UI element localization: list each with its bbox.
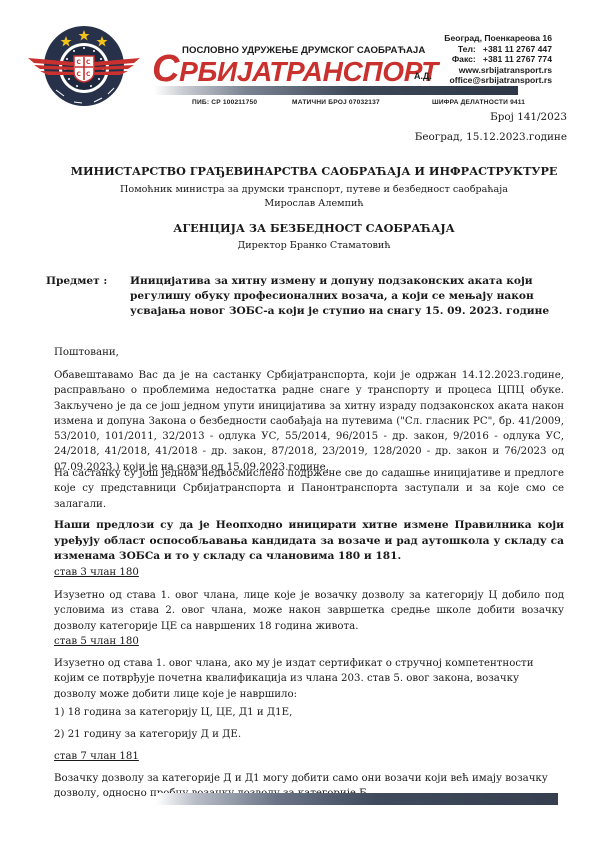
recipient-director: Директор Бранко Стаматовић	[8, 240, 612, 251]
list-item: 2) 21 годину за категорију Д и ДЕ.	[54, 727, 564, 742]
subject-label: Предмет :	[46, 274, 107, 289]
svg-text:С: С	[86, 71, 91, 78]
svg-text:С: С	[77, 71, 82, 78]
address: Београд, Поенкареова 16	[444, 33, 552, 44]
srbijatransport-emblem-icon: СС СС	[26, 24, 142, 108]
section-heading: став 5 члан 180	[54, 634, 564, 649]
document-date: Београд, 15.12.2023.године	[415, 131, 567, 143]
fax: Факс: +381 11 2767 774	[444, 54, 552, 65]
list-item: 1) 18 година за категорију Ц, ЦЕ, Д1 и Д…	[54, 705, 564, 720]
section-heading: став 3 члан 180	[54, 565, 564, 580]
recipient-assistant-title: Помоћник министра за друмски транспорт, …	[8, 184, 612, 195]
brand-wordmark: СРБИЈАТРАНСПОРТ	[152, 50, 438, 88]
phone: Тел: +381 11 2767 447	[444, 44, 552, 55]
email-link[interactable]: office@srbijatransport.rs	[444, 75, 552, 86]
recipient-agency: АГЕНЦИЈА ЗА БЕЗБЕДНОСТ САОБРАЋАЈА	[8, 221, 612, 235]
greeting: Поштовани,	[54, 345, 564, 360]
section-text: Изузетно од става 1. овог члана, ако му …	[54, 656, 564, 702]
subject-text: Иницијатива за хитну измену и допуну под…	[130, 274, 570, 319]
brand-initial: С	[152, 48, 179, 90]
brand-rest: РБИЈАТРАНСПОРТ	[179, 56, 438, 87]
activity-code: ШИФРА ДЕЛАТНОСТИ 9411	[432, 99, 525, 106]
contact-block: Београд, Поенкареова 16 Тел: +381 11 276…	[444, 33, 552, 86]
recipient-assistant-name: Мирослав Алемпић	[8, 198, 612, 209]
svg-text:С: С	[86, 59, 91, 66]
paragraph-meeting: Обавештавамо Вас да је на састанку Србиј…	[54, 368, 564, 475]
section-heading: став 7 члан 181	[54, 749, 564, 764]
brand-suffix: А.Д.	[414, 71, 432, 81]
footer-band	[156, 793, 558, 805]
header-band	[154, 86, 518, 95]
svg-text:С: С	[77, 59, 82, 66]
website-link[interactable]: www.srbijatransport.rs	[444, 65, 552, 76]
section-text: Изузетно од става 1. овог члана, лице ко…	[54, 588, 564, 634]
pib: ПИБ: СР 100211750	[192, 99, 257, 106]
registry-number: МАТИЧНИ БРОЈ 07032137	[292, 99, 380, 106]
document-number: Број 141/2023	[490, 111, 567, 123]
recipient-ministry: МИНИСТАРСТВО ГРАЂЕВИНАРСТВА САОБРАЋАЈА И…	[8, 164, 612, 178]
paragraph-support: На састанку су још једном недвосмислено …	[54, 466, 564, 512]
paragraph-proposal: Наши предлози су да је Неопходно иницира…	[54, 518, 564, 565]
